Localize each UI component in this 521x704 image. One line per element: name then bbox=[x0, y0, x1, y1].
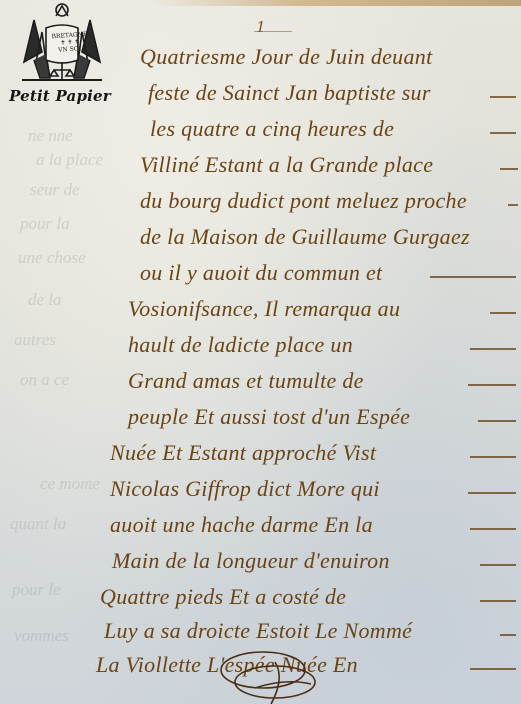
manuscript-line: Quatriesme Jour de Juin deuant bbox=[0, 44, 521, 82]
manuscript-line: auoit une hache darme En la bbox=[0, 512, 521, 550]
line-filler-dash bbox=[468, 384, 516, 386]
manuscript-page: ne nne a la place seur de pour la une ch… bbox=[0, 0, 521, 704]
line-filler-dash bbox=[508, 204, 518, 206]
manuscript-line: feste de Sainct Jan baptiste sur bbox=[0, 80, 521, 118]
line-text: feste de Sainct Jan baptiste sur bbox=[148, 80, 431, 106]
manuscript-line: Vosionifsance, Il remarqua au bbox=[0, 296, 521, 334]
line-filler-dash bbox=[480, 564, 516, 566]
line-filler-dash bbox=[430, 276, 516, 278]
line-filler-dash bbox=[500, 634, 516, 636]
line-text: Grand amas et tumulte de bbox=[128, 368, 364, 394]
line-text: du bourg dudict pont meluez proche bbox=[140, 188, 467, 214]
line-text: Luy a sa droicte Estoit Le Nommé bbox=[104, 618, 412, 644]
line-text: Nuée Et Estant approché Vist bbox=[110, 440, 376, 466]
line-filler-dash bbox=[468, 492, 516, 494]
line-filler-dash bbox=[500, 168, 518, 170]
line-text: Quattre pieds Et a costé de bbox=[100, 584, 346, 610]
line-text: de la Maison de Guillaume Gurgaez bbox=[140, 224, 470, 250]
manuscript-line: Nuée Et Estant approché Vist bbox=[0, 440, 521, 478]
line-filler-dash bbox=[470, 528, 516, 530]
line-filler-dash bbox=[470, 348, 516, 350]
manuscript-line: les quatre a cinq heures de bbox=[0, 116, 521, 154]
line-text: Main de la longueur d'enuiron bbox=[112, 548, 390, 574]
line-filler-dash bbox=[478, 420, 516, 422]
manuscript-line: Villiné Estant a la Grande place bbox=[0, 152, 521, 190]
page-number-rule bbox=[254, 31, 292, 32]
manuscript-line: Main de la longueur d'enuiron bbox=[0, 548, 521, 586]
line-filler-dash bbox=[480, 600, 516, 602]
manuscript-line: de la Maison de Guillaume Gurgaez bbox=[0, 224, 521, 262]
line-text: peuple Et aussi tost d'un Espée bbox=[128, 404, 410, 430]
line-text: les quatre a cinq heures de bbox=[150, 116, 394, 142]
line-filler-dash bbox=[490, 312, 516, 314]
manuscript-line: du bourg dudict pont meluez proche bbox=[0, 188, 521, 226]
line-text: hault de ladicte place un bbox=[128, 332, 353, 358]
page-number: 1 bbox=[256, 18, 266, 36]
manuscript-line: peuple Et aussi tost d'un Espée bbox=[0, 404, 521, 442]
line-filler-dash bbox=[470, 668, 516, 670]
line-text: Villiné Estant a la Grande place bbox=[140, 152, 433, 178]
line-text: Nicolas Giffrop dict More qui bbox=[110, 476, 380, 502]
manuscript-line: Nicolas Giffrop dict More qui bbox=[0, 476, 521, 514]
line-text: ou il y auoit du commun et bbox=[140, 260, 382, 286]
manuscript-line: ou il y auoit du commun et bbox=[0, 260, 521, 298]
line-filler-dash bbox=[490, 96, 516, 98]
line-text: Vosionifsance, Il remarqua au bbox=[128, 296, 400, 322]
manuscript-line: Quattre pieds Et a costé de bbox=[0, 584, 521, 622]
manuscript-line: hault de ladicte place un bbox=[0, 332, 521, 370]
paper-torn-edge bbox=[150, 0, 521, 6]
paraph-flourish-icon bbox=[215, 648, 325, 704]
line-text: auoit une hache darme En la bbox=[110, 512, 373, 538]
line-filler-dash bbox=[470, 456, 516, 458]
line-text: Quatriesme Jour de Juin deuant bbox=[140, 44, 433, 70]
line-filler-dash bbox=[490, 132, 516, 134]
manuscript-line: Grand amas et tumulte de bbox=[0, 368, 521, 406]
